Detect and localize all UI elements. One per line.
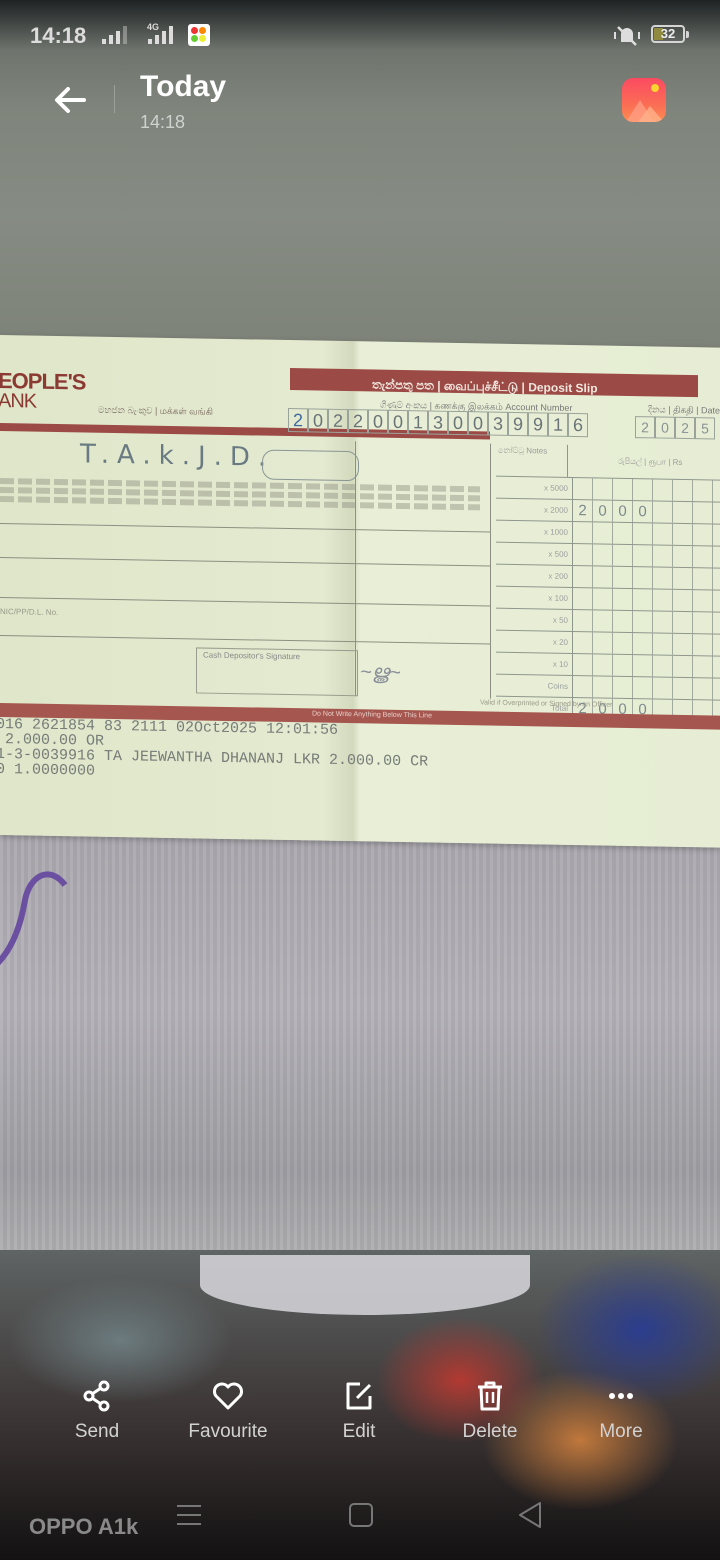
account-digit: 6 — [568, 413, 588, 437]
signal-icon-sim1 — [102, 26, 127, 44]
send-label: Send — [37, 1421, 157, 1443]
delete-label: Delete — [430, 1421, 550, 1443]
page-subtitle-time: 14:18 — [140, 112, 185, 133]
depositor-signature: ~ൠ~ — [360, 661, 401, 685]
status-time: 14:18 — [30, 23, 86, 49]
bank-logo: EOPLE'S ANK — [0, 371, 85, 413]
gallery-mountains — [622, 78, 666, 122]
account-digit: 2 — [288, 408, 308, 432]
date-digit: 2 — [675, 417, 695, 439]
more-dots-icon — [604, 1379, 638, 1413]
favourite-button[interactable]: Favourite — [168, 1375, 288, 1443]
account-digit: 3 — [428, 410, 448, 434]
handwritten-signature-circle — [262, 450, 359, 482]
edit-label: Edit — [299, 1421, 419, 1443]
notes-header: නෝට්ටු Notes — [496, 444, 568, 477]
account-digit: 0 — [368, 409, 388, 433]
account-digit: 1 — [408, 410, 428, 434]
header-divider — [114, 85, 115, 113]
back-triangle-icon[interactable] — [516, 1500, 544, 1530]
heart-icon — [211, 1379, 245, 1413]
home-icon[interactable] — [348, 1502, 374, 1528]
background-cloth — [0, 820, 720, 1290]
more-button[interactable]: More — [561, 1375, 681, 1443]
date-boxes: 2 0 2 5 — [635, 416, 715, 439]
share-icon — [80, 1379, 114, 1413]
id-number-label: NIC/PP/D.L. No. — [0, 607, 58, 617]
vibrate-silent-icon — [612, 24, 642, 48]
edit-icon — [342, 1379, 376, 1413]
device-brand-label: OPPO A1k — [29, 1514, 138, 1540]
system-nav-bar: OPPO A1k — [0, 1490, 720, 1560]
battery-level: 32 — [653, 26, 683, 41]
denomination-header: නෝට්ටු Notes රුපියල් | ரூபா | Rs — [496, 444, 720, 481]
account-digit: 2 — [348, 409, 368, 433]
account-digit: 0 — [308, 408, 328, 432]
background-pillow — [200, 1255, 530, 1315]
delete-button[interactable]: Delete — [430, 1375, 550, 1443]
bank-subtitle: මහජන බැංකුව | மக்கள் வங்கி — [98, 405, 213, 419]
account-digit: 3 — [488, 412, 508, 436]
send-button[interactable]: Send — [37, 1375, 157, 1443]
do-not-write-text: Do Not Write Anything Below This Line — [312, 710, 432, 719]
currency-header: රුපියල් | ரூபா | Rs — [568, 445, 682, 479]
notification-app-icon — [188, 24, 210, 46]
status-bar: 14:18 4G 32 — [0, 0, 720, 70]
account-digit: 0 — [468, 411, 488, 435]
arrow-left-icon — [50, 80, 90, 120]
more-label: More — [561, 1421, 681, 1443]
account-digit: 2 — [328, 409, 348, 433]
trash-icon — [473, 1379, 507, 1413]
slip-line — [490, 444, 491, 699]
page-title: Today — [140, 70, 226, 104]
edit-button[interactable]: Edit — [299, 1375, 419, 1443]
slip-line — [0, 597, 490, 607]
denomination-table: නෝට්ටු Notes රුපියල් | ரூபா | Rs x 5000 … — [496, 444, 720, 708]
slip-line — [0, 523, 490, 533]
date-digit: 5 — [695, 417, 715, 439]
purple-embroidery — [0, 855, 70, 975]
printed-transaction-record: 016 2621854 83 2111 02Oct2025 12:01:56 2… — [0, 717, 428, 785]
account-digit: 9 — [508, 412, 528, 436]
gallery-icon[interactable] — [622, 78, 666, 122]
account-digit: 9 — [528, 412, 548, 436]
photo-action-bar: Send Favourite Edit Delete More — [0, 1375, 720, 1455]
slip-title: තැන්පතු පත | வைப்புச்சீட்டு | Deposit Sl… — [372, 377, 598, 397]
slip-line — [0, 557, 490, 567]
account-digit: 1 — [548, 413, 568, 437]
photo-viewer-image[interactable]: EOPLE'S ANK මහජන බැංකුව | மக்கள் வங்கி ත… — [0, 0, 720, 1560]
date-digit: 0 — [655, 416, 675, 438]
battery-nub — [686, 31, 689, 38]
deposit-slip: EOPLE'S ANK මහජන බැංකුව | மக்கள் வங்கி ත… — [0, 335, 720, 848]
favourite-label: Favourite — [168, 1421, 288, 1443]
account-digit: 0 — [448, 411, 468, 435]
menu-icon[interactable] — [176, 1502, 202, 1528]
back-button[interactable] — [50, 80, 90, 120]
signal-icon-sim2 — [148, 26, 173, 44]
slip-fine-print — [0, 475, 480, 513]
slip-line — [0, 635, 490, 645]
depositor-name-handwritten: T.A.k.J.D. — [80, 439, 274, 472]
date-digit: 2 — [635, 416, 655, 438]
battery-icon: 32 — [651, 25, 685, 43]
signature-label: Cash Depositor's Signature — [203, 651, 300, 663]
account-digit: 0 — [388, 410, 408, 434]
